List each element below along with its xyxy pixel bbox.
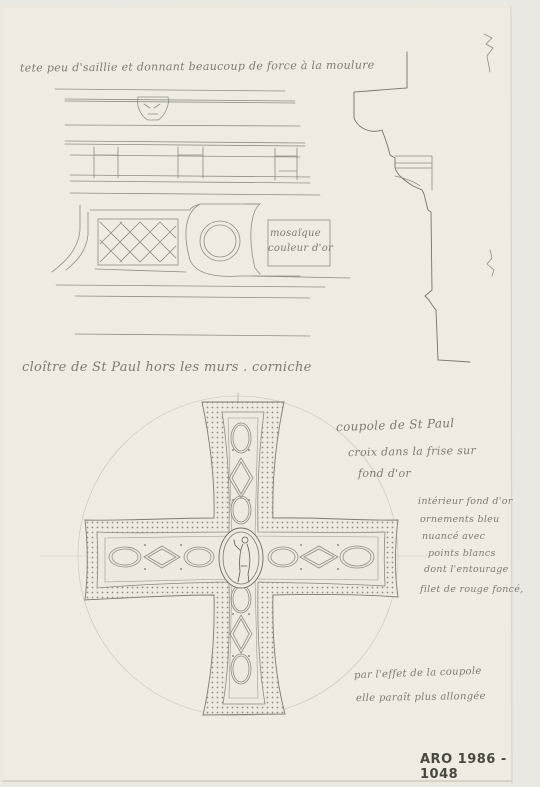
cupola-line2: croix dans la frise sur [348, 444, 476, 459]
colors-line5: dont l'entourage [424, 564, 509, 575]
mosaic-note-line2: couleur d'or [268, 243, 333, 254]
drawing-sheet: tete peu d'saillie et donnant beaucoup d… [0, 0, 540, 787]
colors-line3: nuancé avec [422, 531, 485, 542]
cloister-caption: cloître de St Paul hors les murs . corni… [22, 360, 312, 375]
mosaic-note-line1: mosaïque [270, 228, 321, 239]
colors-line4: points blancs [428, 548, 496, 559]
colors-line2: ornements bleu [420, 514, 500, 525]
effect-line2: elle paraît plus allongée [356, 691, 486, 704]
colors-line1: intérieur fond d'or [418, 496, 513, 507]
colors-line6: filet de rouge foncé, [420, 584, 524, 595]
cupola-line3: fond d'or [358, 467, 411, 480]
inventory-number: ARO 1986 - 1048 [420, 752, 540, 782]
